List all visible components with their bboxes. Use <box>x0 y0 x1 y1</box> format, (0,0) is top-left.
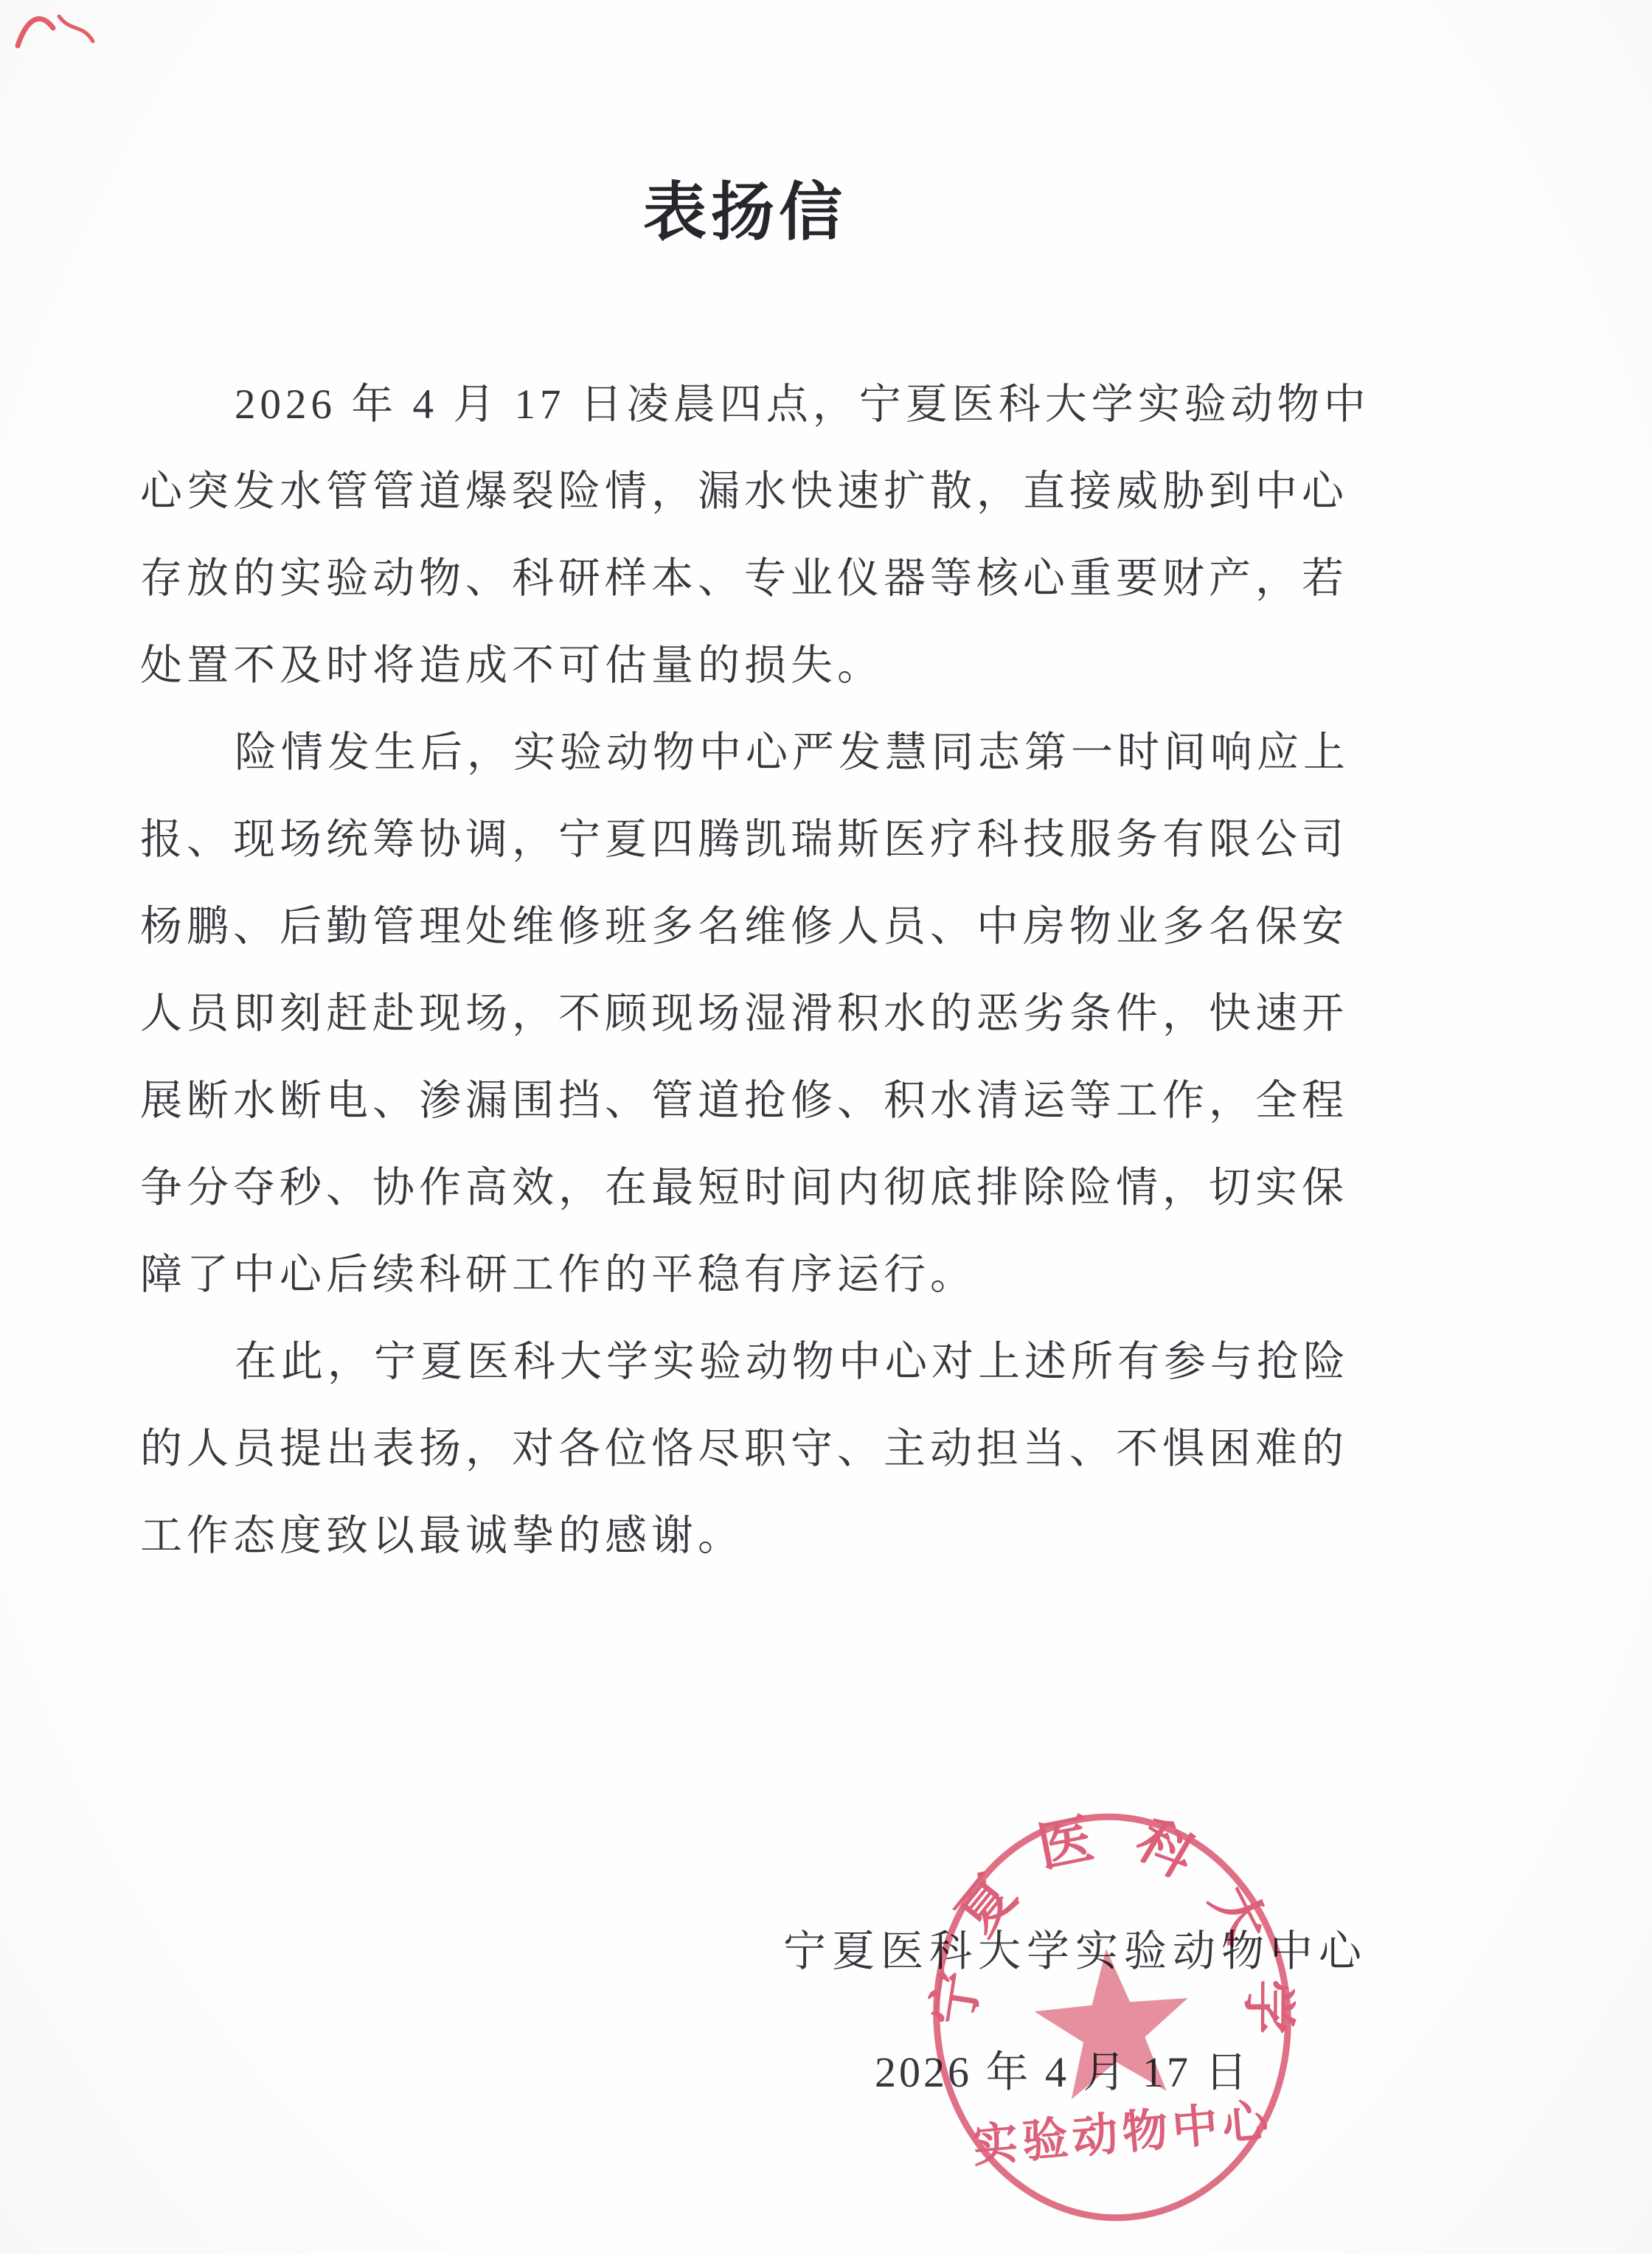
body-line: 险情发生后，实验动物中心严发慧同志第一时间响应上 <box>140 710 1394 797</box>
body-line: 存放的实验动物、科研样本、专业仪器等核心重要财产，若 <box>140 535 1394 623</box>
body-line: 的人员提出表扬，对各位恪尽职守、主动担当、不惧困难的 <box>140 1406 1394 1493</box>
page-title: 表扬信 <box>643 161 847 252</box>
ink-mark <box>10 3 106 62</box>
body-line: 争分夺秒、协作高效，在最短时间内彻底排除险情，切实保 <box>140 1145 1394 1232</box>
body-line: 展断水断电、渗漏围挡、管道抢修、积水清运等工作，全程 <box>140 1058 1394 1145</box>
signature-line: 宁夏医科大学实验动物中心 <box>783 1916 1367 1978</box>
body-line: 工作态度致以最诚挚的感谢。 <box>140 1493 1394 1580</box>
body-line: 人员即刻赶赴现场，不顾现场湿滑积水的恶劣条件，快速开 <box>140 971 1394 1058</box>
seal-center-text: 实验动物中心 <box>971 2095 1274 2172</box>
scanned-letter-page: 表扬信 2026 年 4 月 17 日凌晨四点，宁夏医科大学实验动物中 心突发水… <box>0 0 1652 2254</box>
body-line: 处置不及时将造成不可估量的损失。 <box>140 623 1394 710</box>
date-line: 2026 年 4 月 17 日 <box>875 2037 1251 2099</box>
body-line: 2026 年 4 月 17 日凌晨四点，宁夏医科大学实验动物中 <box>140 361 1394 448</box>
official-seal: 宁夏医科大学 实验动物中心 <box>910 1793 1313 2241</box>
letter-body: 2026 年 4 月 17 日凌晨四点，宁夏医科大学实验动物中 心突发水管管道爆… <box>140 361 1394 1580</box>
body-line: 在此，宁夏医科大学实验动物中心对上述所有参与抢险 <box>140 1319 1394 1406</box>
body-line: 心突发水管管道爆裂险情，漏水快速扩散，直接威胁到中心 <box>140 448 1394 535</box>
seal-border <box>920 1802 1305 2232</box>
body-line: 杨鹏、后勤管理处维修班多名维修人员、中房物业多名保安 <box>140 884 1394 971</box>
body-line: 障了中心后续科研工作的平稳有序运行。 <box>140 1232 1394 1319</box>
body-line: 报、现场统筹协调，宁夏四腾凯瑞斯医疗科技服务有限公司 <box>140 797 1394 884</box>
